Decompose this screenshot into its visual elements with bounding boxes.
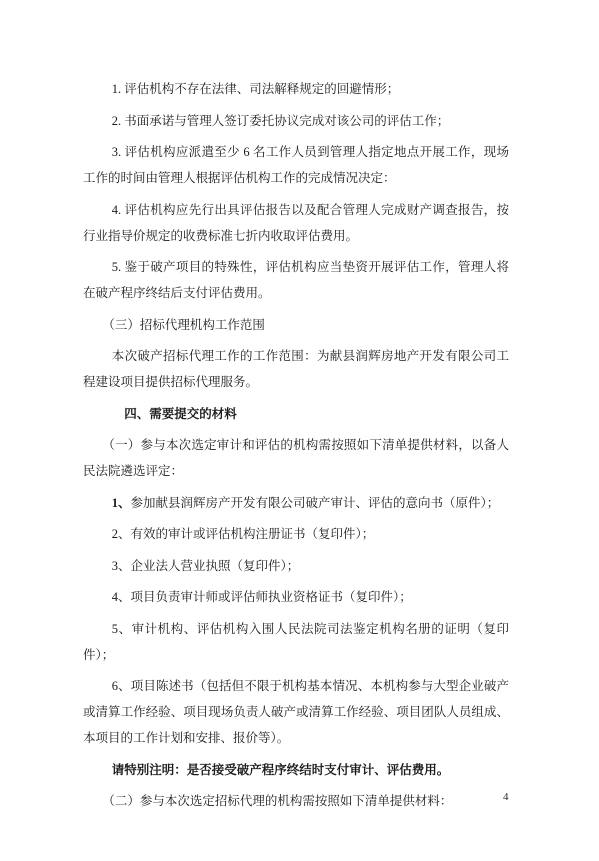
special-note: 请特别注明：是否接受破产程序终结时支付审计、评估费用。 — [83, 757, 509, 783]
material-item-1-number: 1、 — [112, 496, 131, 510]
material-item-6: 6、项目陈述书（包括但不限于机构基本情况、本机构参与大型企业破产或清算工作经验、… — [83, 673, 509, 751]
materials-audit-intro: （一）参与本次选定审计和评估的机构需按照如下清单提供材料，以备人民法院遴选评定： — [83, 432, 509, 484]
material-item-2: 2、有效的审计或评估机构注册证书（复印件）； — [83, 521, 509, 547]
agency-scope-paragraph: 本次破产招标代理工作的工作范围：为献县润辉房地产开发有限公司工程建设项目提供招标… — [83, 343, 509, 395]
eval-condition-item-3: 3. 评估机构应派遣至少 6 名工作人员到管理人指定地点开展工作，现场工作的时间… — [83, 139, 509, 191]
eval-condition-item-5: 5. 鉴于破产项目的特殊性，评估机构应当垫资开展评估工作，管理人将在破产程序终结… — [83, 254, 509, 306]
materials-agency-intro: （二）参与本次选定招标代理的机构需按照如下清单提供材料： — [83, 788, 509, 814]
page-number: 4 — [503, 790, 509, 804]
eval-condition-item-2: 2. 书面承诺与管理人签订委托协议完成对该公司的评估工作； — [83, 108, 509, 134]
eval-condition-item-1: 1. 评估机构不存在法律、司法解释规定的回避情形； — [83, 76, 509, 102]
section-4-heading: 四、需要提交的材料 — [83, 401, 509, 427]
material-item-1: 1、参加献县润辉房产开发有限公司破产审计、评估的意向书（原件）； — [83, 490, 509, 516]
material-item-3: 3、企业法人营业执照（复印件）； — [83, 553, 509, 579]
document-page: 1. 评估机构不存在法律、司法解释规定的回避情形； 2. 书面承诺与管理人签订委… — [83, 76, 509, 820]
section-3-heading: （三）招标代理机构工作范围 — [83, 312, 509, 338]
material-item-5: 5、审计机构、评估机构入围人民法院司法鉴定机构名册的证明（复印件）； — [83, 616, 509, 668]
eval-condition-item-4: 4. 评估机构应先行出具评估报告以及配合管理人完成财产调查报告，按行业指导价规定… — [83, 197, 509, 249]
material-item-1-text: 参加献县润辉房产开发有限公司破产审计、评估的意向书（原件）； — [131, 496, 500, 510]
material-item-4: 4、项目负责审计师或评估师执业资格证书（复印件）； — [83, 584, 509, 610]
